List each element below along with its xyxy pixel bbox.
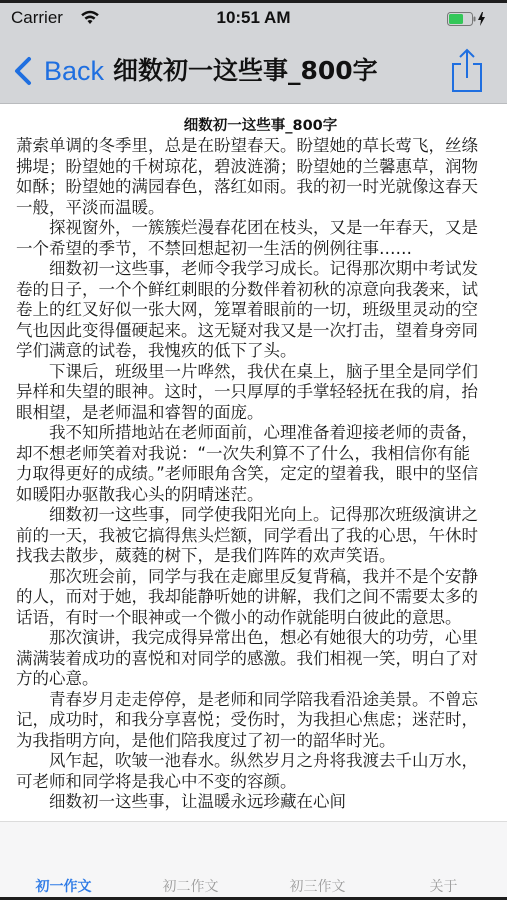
battery-icon [447, 12, 487, 26]
article-body: 萧索单调的冬季里，总是在盼望春天。盼望她的草长莺飞，丝绦拂堤；盼望她的千树琼花，… [0, 136, 507, 813]
article-paragraph: 细数初一这些事，老师令我学习成长。记得那次期中考试发卷的日子，一个个鲜红刺眼的分… [16, 259, 481, 362]
article-paragraph: 我不知所措地站在老师面前，心理准备着迎接老师的责备，却不想老师笑着对我说：“一次… [16, 423, 481, 505]
tab-grade-three[interactable]: 初三作文 [254, 876, 381, 896]
tab-about[interactable]: 关于 [380, 876, 507, 896]
article-content[interactable]: 细数初一这些事_800字 萧索单调的冬季里，总是在盼望春天。盼望她的草长莺飞，丝… [0, 104, 507, 821]
chevron-left-icon [12, 56, 34, 86]
status-time: 10:51 AM [0, 8, 507, 28]
share-icon[interactable] [450, 47, 484, 93]
tab-grade-one[interactable]: 初一作文 [0, 876, 127, 896]
back-button[interactable]: Back [12, 51, 104, 91]
article-paragraph: 细数初一这些事，同学使我阳光向上。记得那次班级演讲之前的一天，我被它搞得焦头烂额… [16, 505, 481, 567]
article-paragraph: 那次班会前，同学与我在走廊里反复背稿，我并不是个安静的人，而对于她，我却能静听她… [16, 567, 481, 629]
back-label: Back [44, 56, 104, 87]
article-title: 细数初一这些事_800字 [0, 116, 507, 136]
tab-bar: 初一作文 初二作文 初三作文 关于 [0, 821, 507, 898]
article-paragraph: 细数初一这些事，让温暖永远珍藏在心间 [16, 792, 481, 813]
status-bar: Carrier 10:51 AM [0, 3, 507, 33]
article-paragraph: 青春岁月走走停停，是老师和同学陪我看沿途美景。不曾忘记，成功时，和我分享喜悦；受… [16, 690, 481, 752]
article-paragraph: 下课后，班级里一片哗然，我伏在桌上，脑子里全是同学们异样和失望的眼神。这时，一只… [16, 362, 481, 424]
article-paragraph: 那次演讲，我完成得异常出色，想必有她很大的功劳，心里满满装着成功的喜悦和对同学的… [16, 628, 481, 690]
article-paragraph: 风乍起，吹皱一池春水。纵然岁月之舟将我渡去千山万水，可老师和同学将是我心中不变的… [16, 751, 481, 792]
app-screen: Carrier 10:51 AM Back 细数初一这些事_800字 [0, 0, 507, 900]
page-title: 细数初一这些事_800字 [113, 53, 378, 89]
navigation-bar: Back 细数初一这些事_800字 [0, 43, 507, 99]
tab-grade-two[interactable]: 初二作文 [127, 876, 254, 896]
charging-bolt-icon [478, 12, 485, 26]
article-paragraph: 萧索单调的冬季里，总是在盼望春天。盼望她的草长莺飞，丝绦拂堤；盼望她的千树琼花，… [16, 136, 481, 218]
article-paragraph: 探视窗外，一簇簇烂漫春花团在枝头，又是一年春天，又是一个希望的季节，不禁回想起初… [16, 218, 481, 259]
header: Carrier 10:51 AM Back 细数初一这些事_800字 [0, 3, 507, 104]
